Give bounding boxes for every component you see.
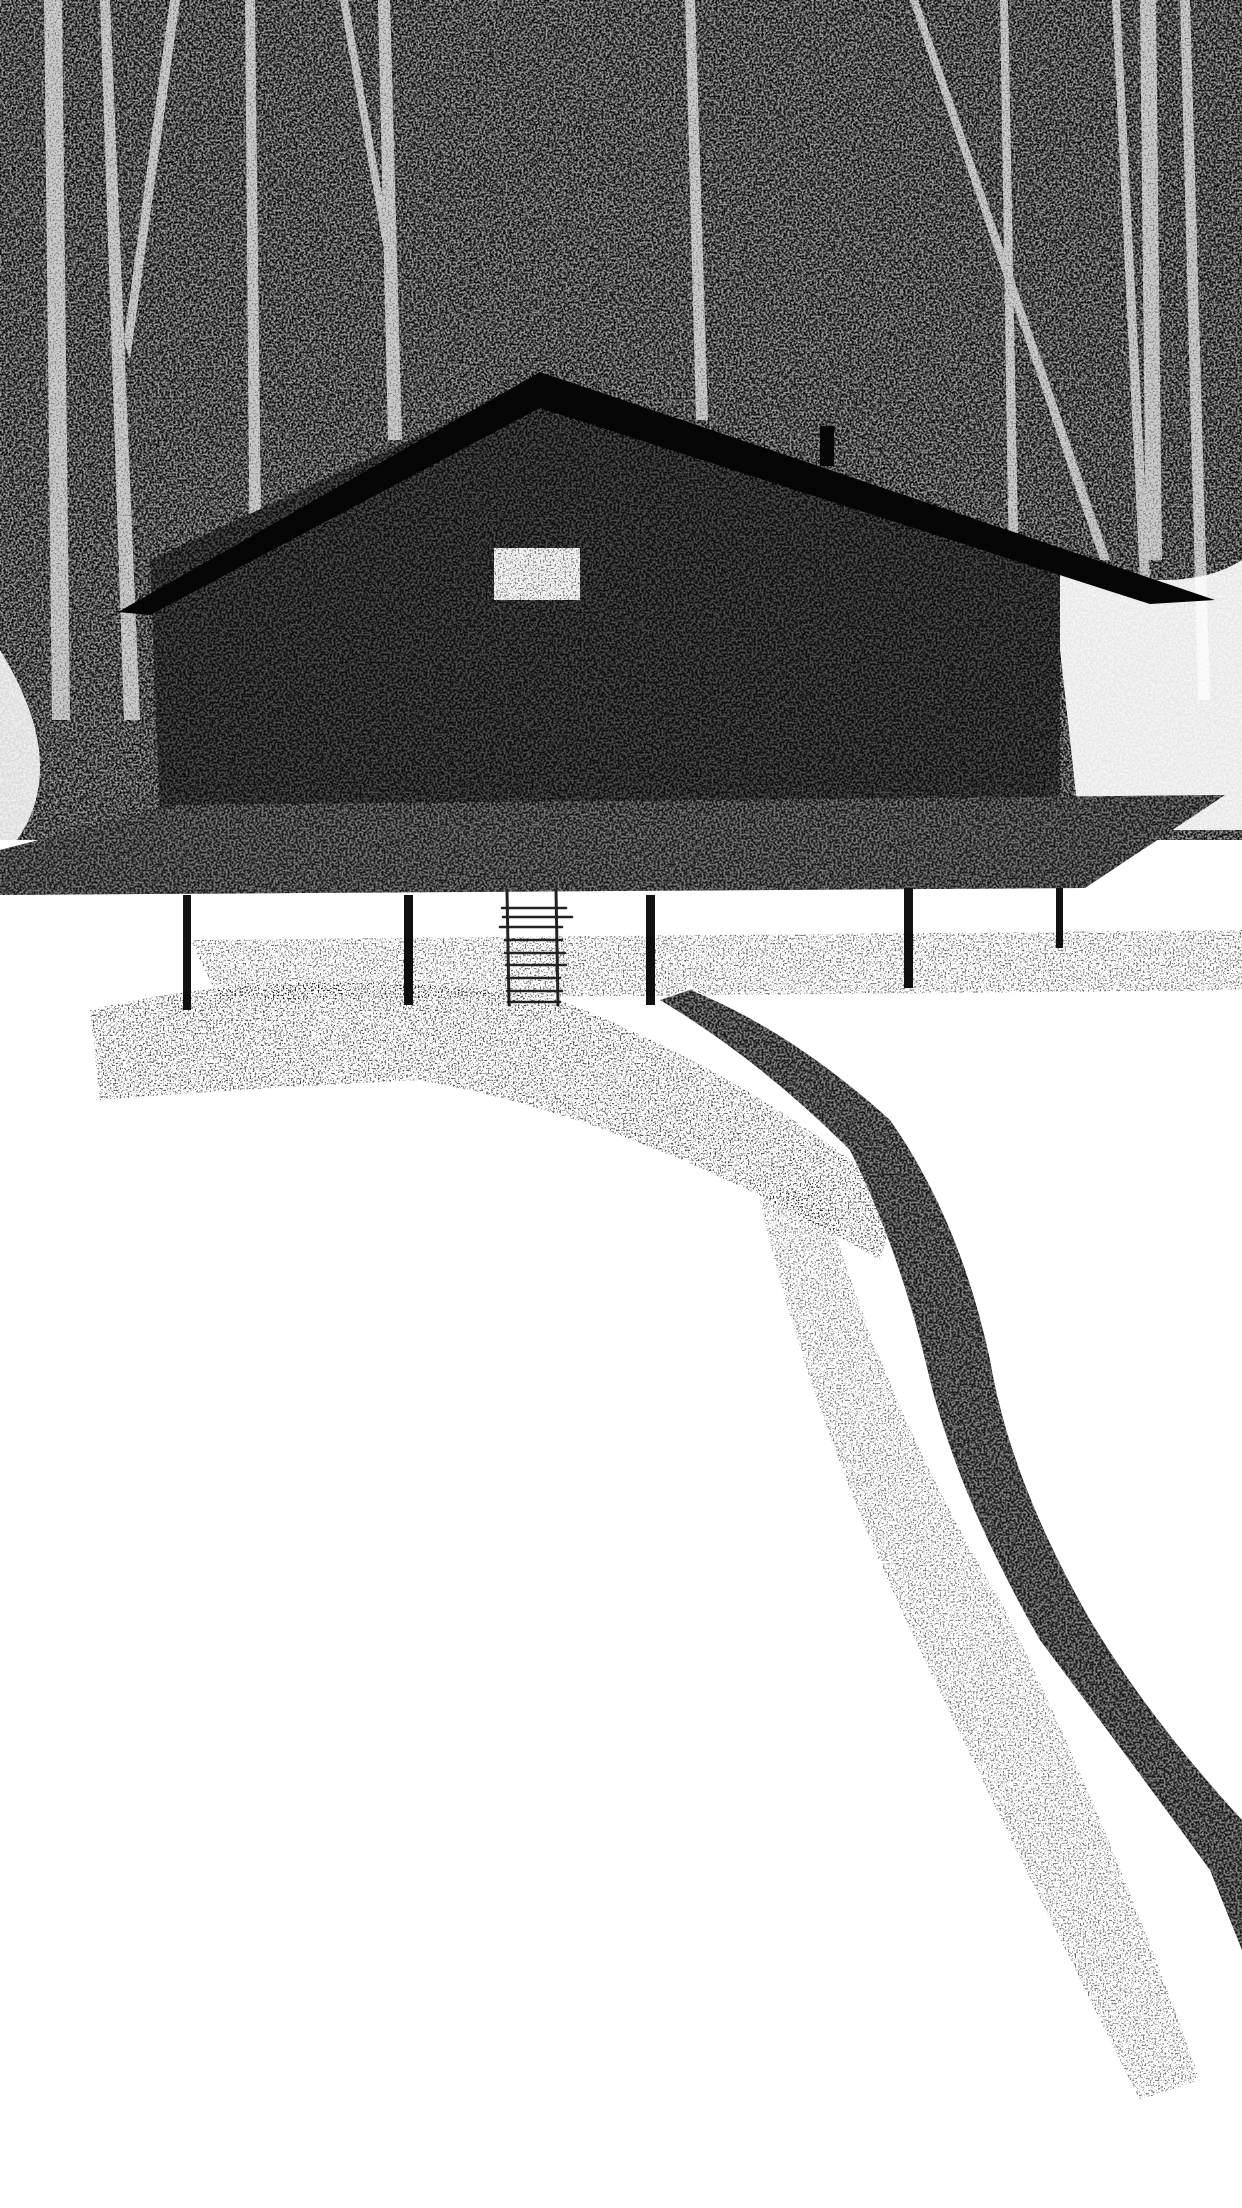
chimney [820, 426, 834, 466]
illustration-canvas [0, 0, 1242, 2208]
deck-platform [0, 795, 1225, 895]
